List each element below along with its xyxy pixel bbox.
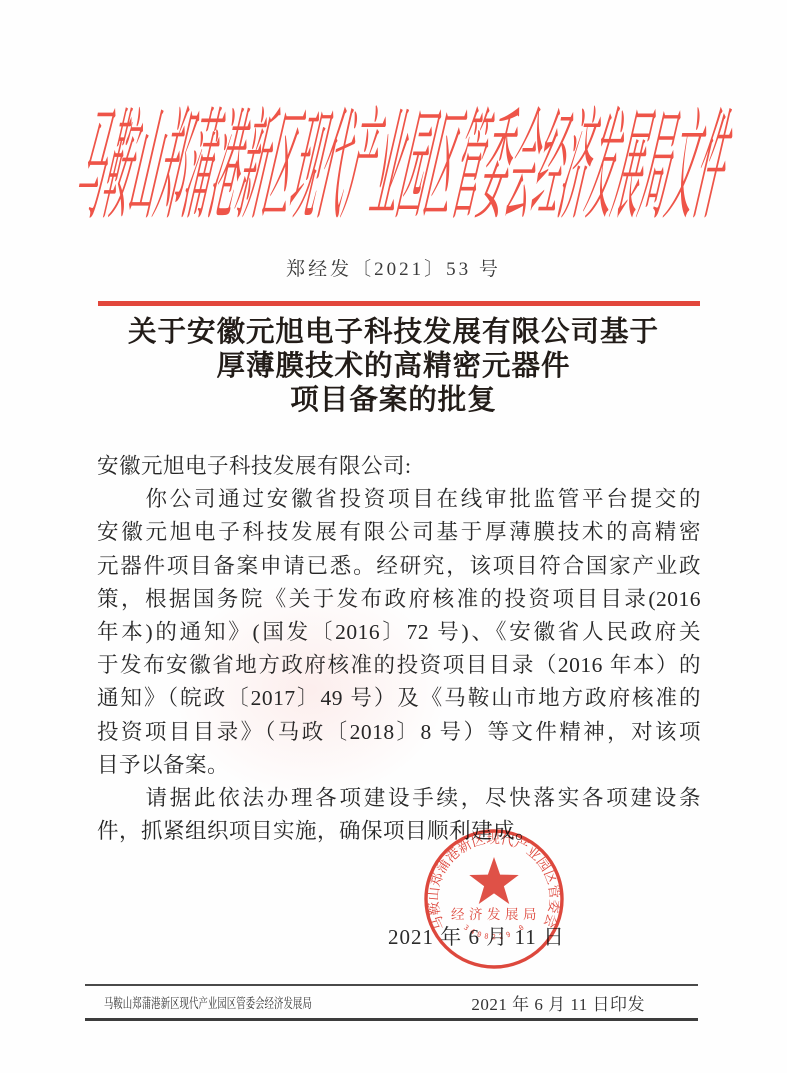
body-line: 于发布安徽省地方政府核准的投资项目目录（2016 年本）的 — [97, 649, 701, 682]
title-line: 关于安徽元旭电子科技发展有限公司基于 — [40, 316, 747, 350]
title-line: 厚薄膜技术的高精密元器件 — [40, 350, 747, 384]
body-line: 请据此依法办理各项建设手续，尽快落实各项建设条 — [97, 782, 701, 815]
footer-rule-bottom — [85, 1018, 698, 1021]
red-divider-rule — [98, 301, 700, 306]
body-line: 策，根据国务院《关于发布政府核准的投资项目目录(2016 — [97, 583, 701, 616]
body-line: 目予以备案。 — [97, 749, 701, 782]
footer-row: 马鞍山郑蒲港新区现代产业园区管委会经济发展局 2021 年 6 月 11 日印发 — [85, 986, 698, 1018]
body-line: 你公司通过安徽省投资项目在线审批监管平台提交的 — [97, 483, 701, 516]
seal-inner-text: 经济发展局 — [451, 906, 541, 922]
body-line: 安徽元旭电子科技发展有限公司基于厚薄膜技术的高精密 — [97, 516, 701, 549]
document-page: 马鞍山郑蒲港新区现代产业园区管委会经济发展局文件 郑经发〔2021〕53 号 关… — [0, 0, 787, 1073]
body-line: 年本)的通知》(国发〔2016〕72 号)、《安徽省人民政府关 — [97, 616, 701, 649]
body-line: 件，抓紧组织项目实施，确保项目顺利建成。 — [97, 815, 701, 848]
body-line: 投资项目目录》（马政〔2018〕8 号）等文件精神，对该项 — [97, 716, 701, 749]
body-line: 元器件项目备案申请已悉。经研究，该项目符合国家产业政 — [97, 550, 701, 583]
title-line: 项目备案的批复 — [40, 384, 747, 418]
body-line: 通知》（皖政〔2017〕49 号）及《马鞍山市地方政府核准的 — [97, 682, 701, 715]
official-seal: 马鞍山郑蒲港新区现代产业园区管委会 经济发展局 3408229 010 — [414, 819, 574, 979]
document-number: 郑经发〔2021〕53 号 — [0, 254, 787, 281]
letterhead-banner: 马鞍山郑蒲港新区现代产业园区管委会经济发展局文件 — [0, 98, 787, 238]
letterhead-text: 马鞍山郑蒲港新区现代产业园区管委会经济发展局文件 — [65, 99, 742, 237]
body-line: 安徽元旭电子科技发展有限公司: — [97, 450, 701, 483]
footer-issuer: 马鞍山郑蒲港新区现代产业园区管委会经济发展局 — [85, 992, 312, 1012]
document-title: 关于安徽元旭电子科技发展有限公司基于厚薄膜技术的高精密元器件项目备案的批复 — [40, 316, 747, 418]
footer-print-date: 2021 年 6 月 11 日印发 — [471, 990, 698, 1015]
seal-star-icon — [469, 857, 518, 904]
body-text: 安徽元旭电子科技发展有限公司: 你公司通过安徽省投资项目在线审批监管平台提交的安… — [97, 450, 701, 848]
